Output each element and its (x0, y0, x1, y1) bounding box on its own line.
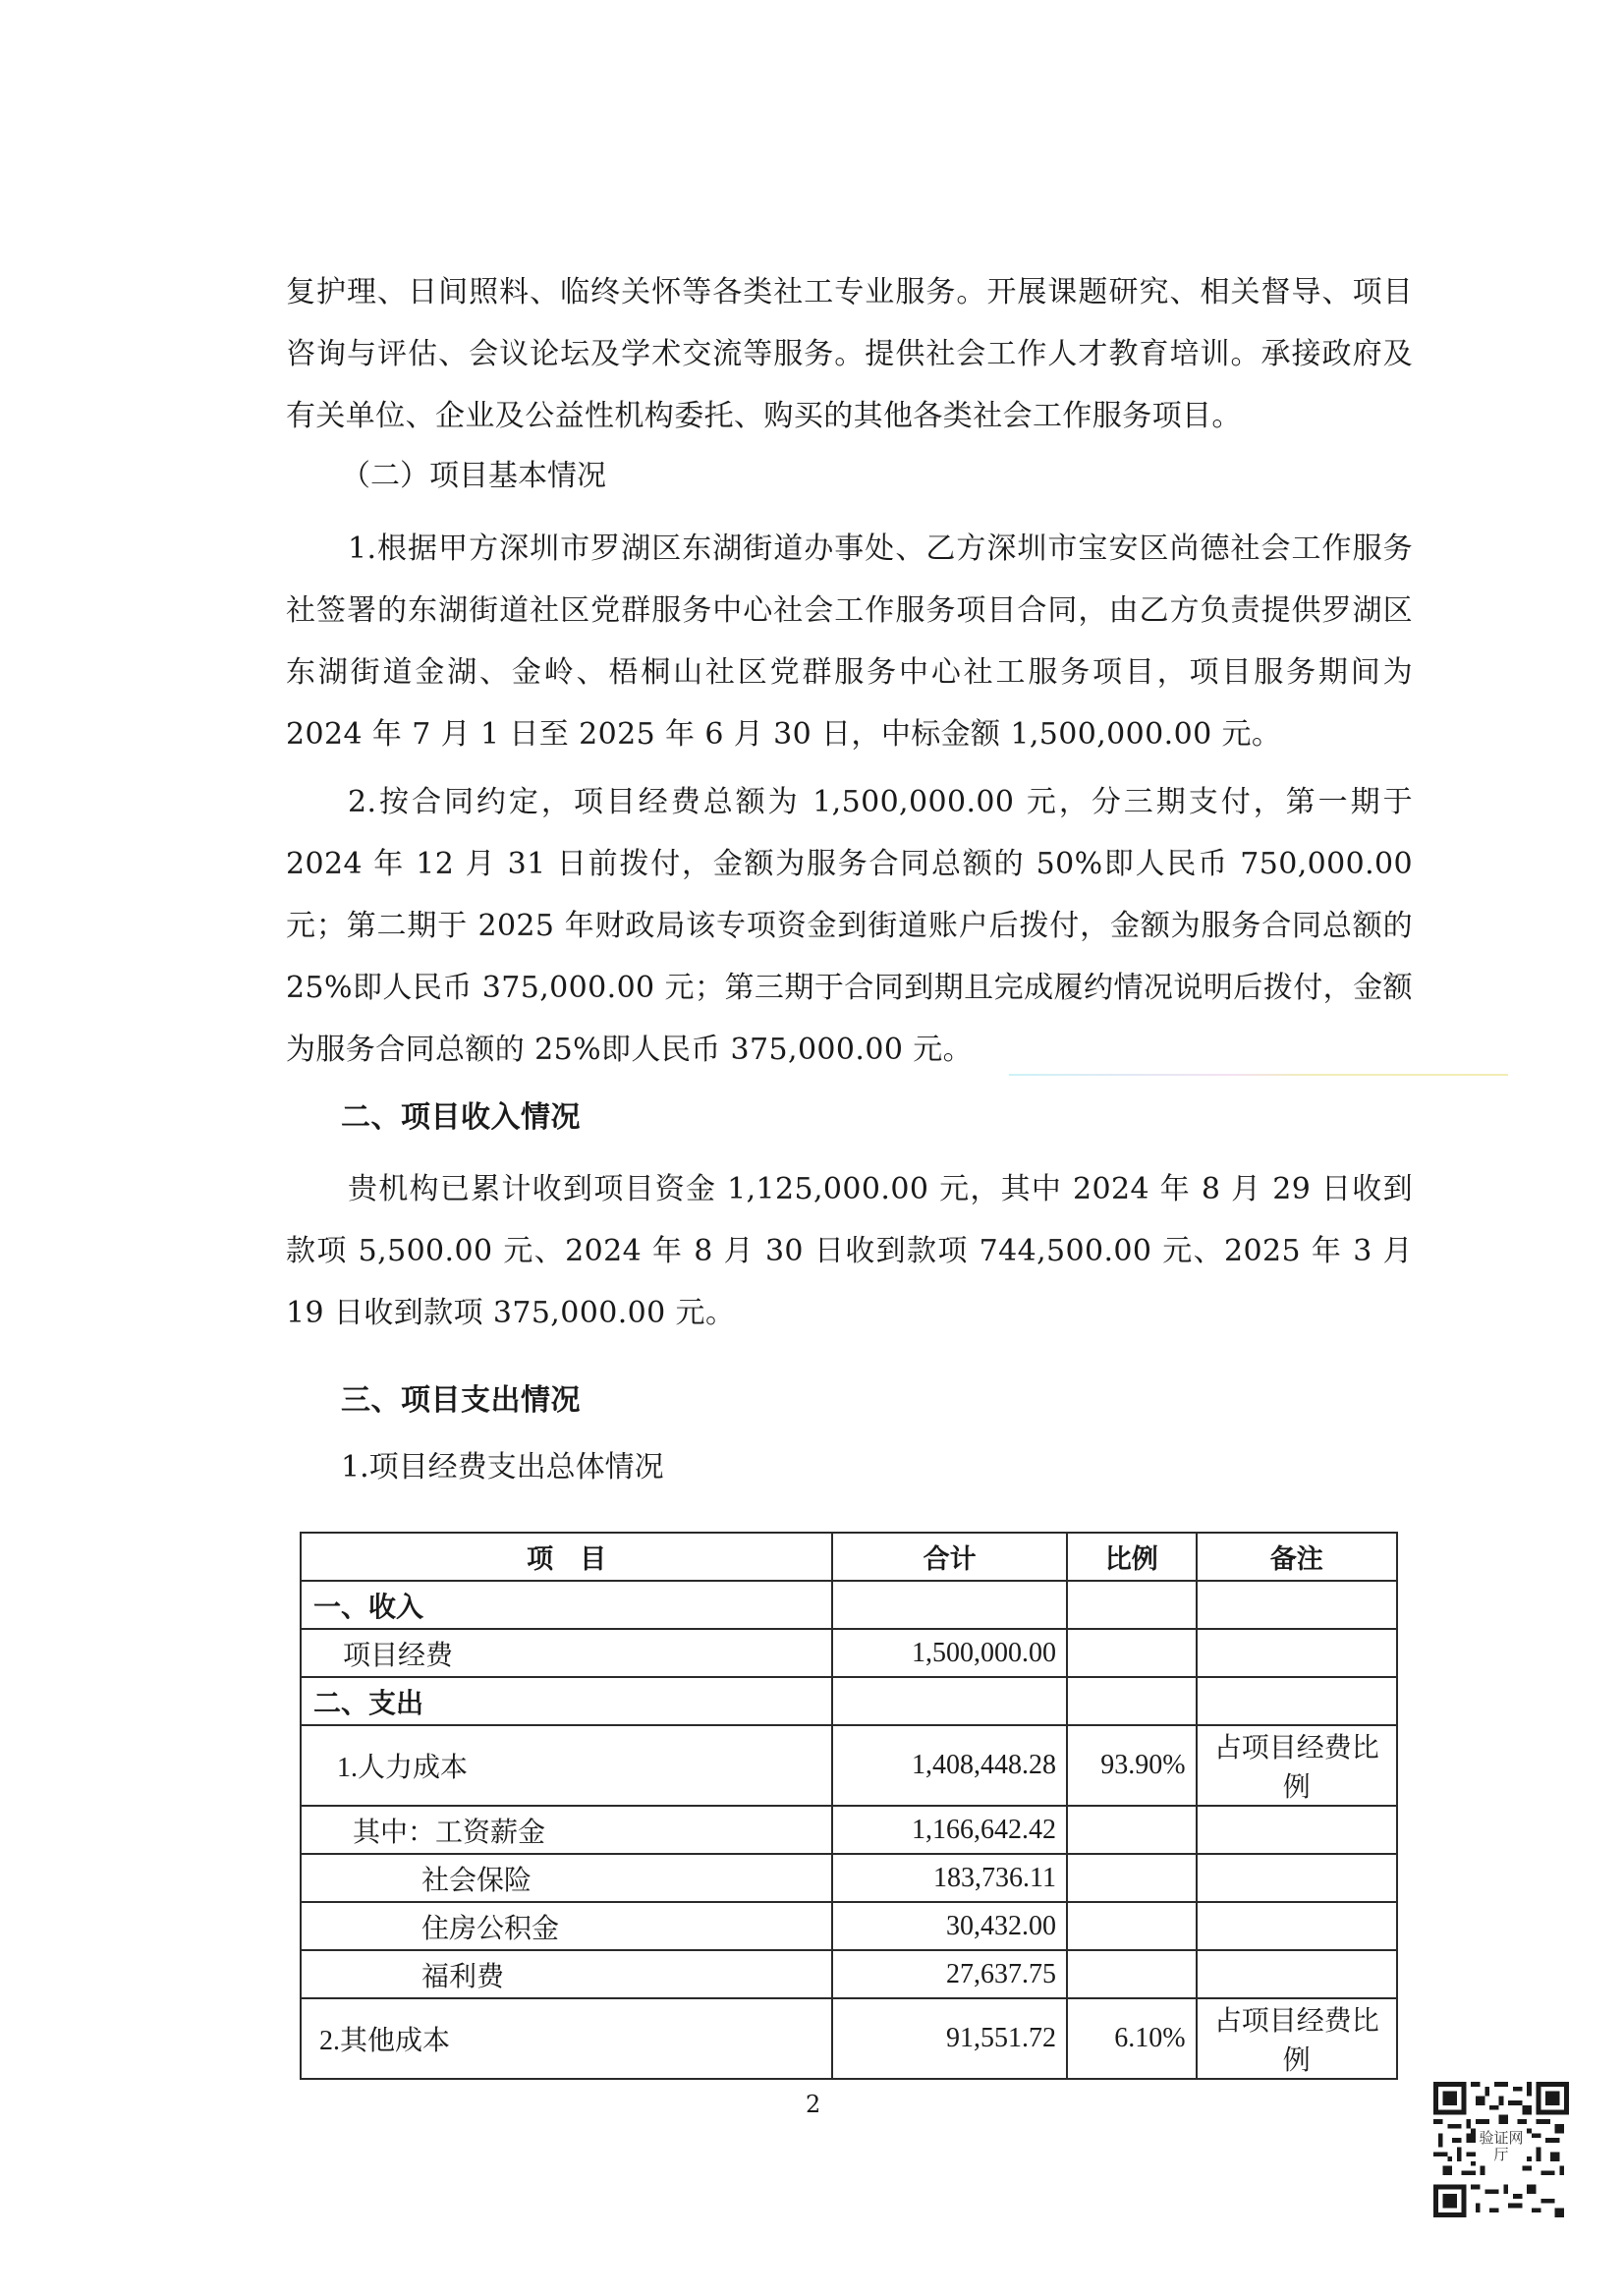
row-total (832, 1581, 1067, 1629)
row-ratio: 6.10% (1067, 1998, 1197, 2079)
table-row: 住房公积金 30,432.00 (301, 1902, 1397, 1950)
row-total: 183,736.11 (832, 1854, 1067, 1902)
expense-section-heading: 三、项目支出情况 (341, 1375, 581, 1419)
row-total: 1,408,448.28 (832, 1725, 1067, 1806)
row-item: 项目经费 (301, 1629, 832, 1677)
row-note (1197, 1854, 1397, 1902)
header-note: 备注 (1197, 1533, 1397, 1581)
row-ratio (1067, 1581, 1197, 1629)
row-item: 2.其他成本 (301, 1998, 832, 2079)
row-ratio (1067, 1902, 1197, 1950)
table-row: 二、支出 (301, 1677, 1397, 1725)
row-total: 1,500,000.00 (832, 1629, 1067, 1677)
document-page: 复护理、日间照料、临终关怀等各类社工专业服务。开展课题研究、相关督导、项目咨询与… (0, 0, 1624, 2295)
qr-code-icon: 验证网厅 (1433, 2081, 1569, 2218)
row-item: 1.人力成本 (301, 1725, 832, 1806)
row-ratio (1067, 1677, 1197, 1725)
table-row: 1.人力成本 1,408,448.28 93.90% 占项目经费比例 (301, 1725, 1397, 1806)
qr-center-label: 验证网厅 (1477, 2130, 1526, 2163)
row-note (1197, 1950, 1397, 1998)
row-ratio (1067, 1854, 1197, 1902)
expense-table: 项 目 合计 比例 备注 一、收入 项目经费 1,500,000.00 二、支出 (300, 1532, 1398, 2080)
header-ratio: 比例 (1067, 1533, 1197, 1581)
intro-block: 复护理、日间照料、临终关怀等各类社工专业服务。开展课题研究、相关督导、项目咨询与… (286, 261, 1413, 447)
row-note (1197, 1902, 1397, 1950)
intro-paragraph: 复护理、日间照料、临终关怀等各类社工专业服务。开展课题研究、相关督导、项目咨询与… (286, 261, 1413, 447)
row-ratio: 93.90% (1067, 1725, 1197, 1806)
row-total: 91,551.72 (832, 1998, 1067, 2079)
table-row: 社会保险 183,736.11 (301, 1854, 1397, 1902)
table-row: 福利费 27,637.75 (301, 1950, 1397, 1998)
row-total: 27,637.75 (832, 1950, 1067, 1998)
row-ratio (1067, 1806, 1197, 1854)
table-row: 2.其他成本 91,551.72 6.10% 占项目经费比例 (301, 1998, 1397, 2079)
row-note (1197, 1581, 1397, 1629)
contract-block: 1.根据甲方深圳市罗湖区东湖街道办事处、乙方深圳市宝安区尚德社会工作服务社签署的… (286, 518, 1413, 1081)
row-item: 其中：工资薪金 (301, 1806, 832, 1854)
row-item: 一、收入 (301, 1581, 832, 1629)
row-item: 二、支出 (301, 1677, 832, 1725)
row-note: 占项目经费比例 (1197, 1725, 1397, 1806)
row-ratio (1067, 1950, 1197, 1998)
row-note (1197, 1806, 1397, 1854)
table-row: 一、收入 (301, 1581, 1397, 1629)
table-row: 其中：工资薪金 1,166,642.42 (301, 1806, 1397, 1854)
basic-info-heading: （二）项目基本情况 (341, 451, 606, 494)
row-note: 占项目经费比例 (1197, 1998, 1397, 2079)
table-header-row: 项 目 合计 比例 备注 (301, 1533, 1397, 1581)
page-number: 2 (806, 2091, 820, 2118)
expense-subheading: 1.项目经费支出总体情况 (341, 1442, 664, 1485)
income-block: 贵机构已累计收到项目资金 1,125,000.00 元，其中 2024 年 8 … (286, 1158, 1413, 1344)
contract-paragraph-2: 2.按合同约定，项目经费总额为 1,500,000.00 元，分三期支付，第一期… (286, 771, 1413, 1081)
row-total: 1,166,642.42 (832, 1806, 1067, 1854)
row-note (1197, 1677, 1397, 1725)
row-item: 福利费 (301, 1950, 832, 1998)
income-paragraph: 贵机构已累计收到项目资金 1,125,000.00 元，其中 2024 年 8 … (286, 1158, 1413, 1344)
row-note (1197, 1629, 1397, 1677)
row-total: 30,432.00 (832, 1902, 1067, 1950)
row-ratio (1067, 1629, 1197, 1677)
income-section-heading: 二、项目收入情况 (341, 1092, 581, 1136)
header-item: 项 目 (301, 1533, 832, 1581)
table-row: 项目经费 1,500,000.00 (301, 1629, 1397, 1677)
scan-artifact-line (1009, 1074, 1508, 1076)
contract-paragraph-1: 1.根据甲方深圳市罗湖区东湖街道办事处、乙方深圳市宝安区尚德社会工作服务社签署的… (286, 518, 1413, 765)
row-total (832, 1677, 1067, 1725)
row-item: 住房公积金 (301, 1902, 832, 1950)
header-total: 合计 (832, 1533, 1067, 1581)
row-item: 社会保险 (301, 1854, 832, 1902)
